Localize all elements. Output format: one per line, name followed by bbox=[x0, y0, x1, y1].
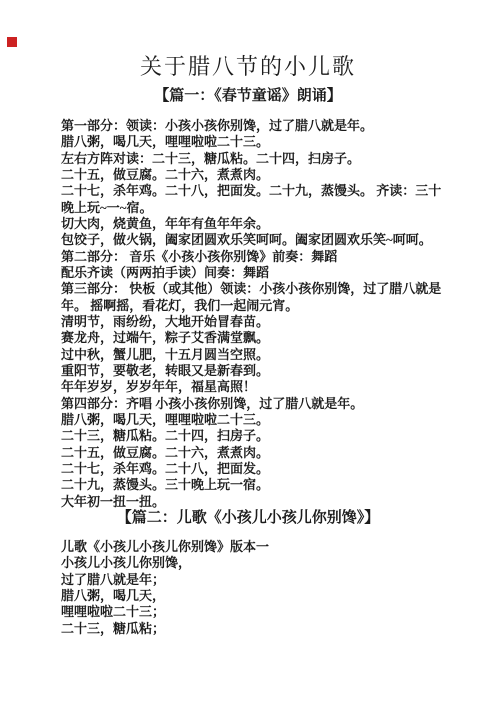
text-line: 哩哩啦啦二十三； bbox=[0, 604, 496, 620]
section-2: 儿歌《小孩儿小孩儿你别馋》版本一小孩儿小孩儿你别馋，过了腊八就是年；腊八粥，喝几… bbox=[0, 539, 496, 637]
text-line: 清明节，雨纷纷，大地开始冒春苗。 bbox=[0, 314, 496, 330]
text-line: 腊八粥，喝几天，哩哩啦啦二十三。 bbox=[0, 412, 496, 428]
text-line: 配乐齐读（两两拍手读）间奏：舞蹈 bbox=[0, 265, 496, 281]
text-line: 赛龙舟，过端午，粽子艾香满堂飘。 bbox=[0, 330, 496, 346]
section-2-heading: 【篇二：儿歌《小孩儿小孩儿你别馋》】 bbox=[0, 510, 496, 527]
text-line: 左右方阵对读：二十三，糖瓜粘。二十四，扫房子。 bbox=[0, 151, 496, 167]
text-line: 二十三，糖瓜粘； bbox=[0, 621, 496, 637]
section-1: 第一部分：领读：小孩小孩你别馋，过了腊八就是年。腊八粥，喝几天，哩哩啦啦二十三。… bbox=[0, 118, 496, 510]
text-line: 二十五，做豆腐。二十六，煮煮肉。 bbox=[0, 445, 496, 461]
text-line: 年。 摇啊摇，看花灯，我们一起闹元宵。 bbox=[0, 298, 496, 314]
text-line: 重阳节，要敬老，转眼又是新春到。 bbox=[0, 363, 496, 379]
text-line: 过了腊八就是年； bbox=[0, 572, 496, 588]
text-line: 二十三，糖瓜粘。二十四，扫房子。 bbox=[0, 428, 496, 444]
text-line: 包饺子，做火锅，阖家团圆欢乐笑呵呵。阖家团圆欢乐笑~呵呵。 bbox=[0, 232, 496, 248]
red-square-mark bbox=[7, 37, 17, 47]
text-line: 小孩儿小孩儿你别馋， bbox=[0, 555, 496, 571]
text-line: 二十五，做豆腐。二十六，煮煮肉。 bbox=[0, 167, 496, 183]
text-line: 腊八粥，喝几天，哩哩啦啦二十三。 bbox=[0, 134, 496, 150]
text-line: 晚上玩~一~宿。 bbox=[0, 200, 496, 216]
text-line: 第一部分：领读：小孩小孩你别馋，过了腊八就是年。 bbox=[0, 118, 496, 134]
text-line: 二十九，蒸馒头。三十晚上玩一宿。 bbox=[0, 477, 496, 493]
text-line: 切大肉，烧黄鱼，年年有鱼年年余。 bbox=[0, 216, 496, 232]
text-line: 儿歌《小孩儿小孩儿你别馋》版本一 bbox=[0, 539, 496, 555]
page-title: 关于腊八节的小儿歌 bbox=[0, 52, 496, 82]
section-1-heading: 【篇一：《春节童谣》朗诵】 bbox=[0, 87, 496, 106]
text-line: 第四部分：齐唱 小孩小孩你别馋，过了腊八就是年。 bbox=[0, 396, 496, 412]
text-line: 第二部分： 音乐《小孩小孩你别馋》前奏：舞蹈 bbox=[0, 249, 496, 265]
text-line: 过中秋，蟹儿肥，十五月圆当空照。 bbox=[0, 347, 496, 363]
text-line: 第三部分： 快板（或其他）领读：小孩小孩你别馋，过了腊八就是 bbox=[0, 281, 496, 297]
text-line: 大年初一扭一扭。 bbox=[0, 494, 496, 510]
document-page: 关于腊八节的小儿歌 【篇一：《春节童谣》朗诵】 第一部分：领读：小孩小孩你别馋，… bbox=[0, 0, 496, 702]
text-line: 年年岁岁，岁岁年年，福星高照！ bbox=[0, 379, 496, 395]
text-line: 二十七，杀年鸡。二十八，把面发。二十九，蒸馒头。 齐读：三十 bbox=[0, 183, 496, 199]
text-line: 腊八粥，喝几天， bbox=[0, 588, 496, 604]
text-line: 二十七，杀年鸡。二十八，把面发。 bbox=[0, 461, 496, 477]
document-body: 第一部分：领读：小孩小孩你别馋，过了腊八就是年。腊八粥，喝几天，哩哩啦啦二十三。… bbox=[0, 118, 496, 637]
